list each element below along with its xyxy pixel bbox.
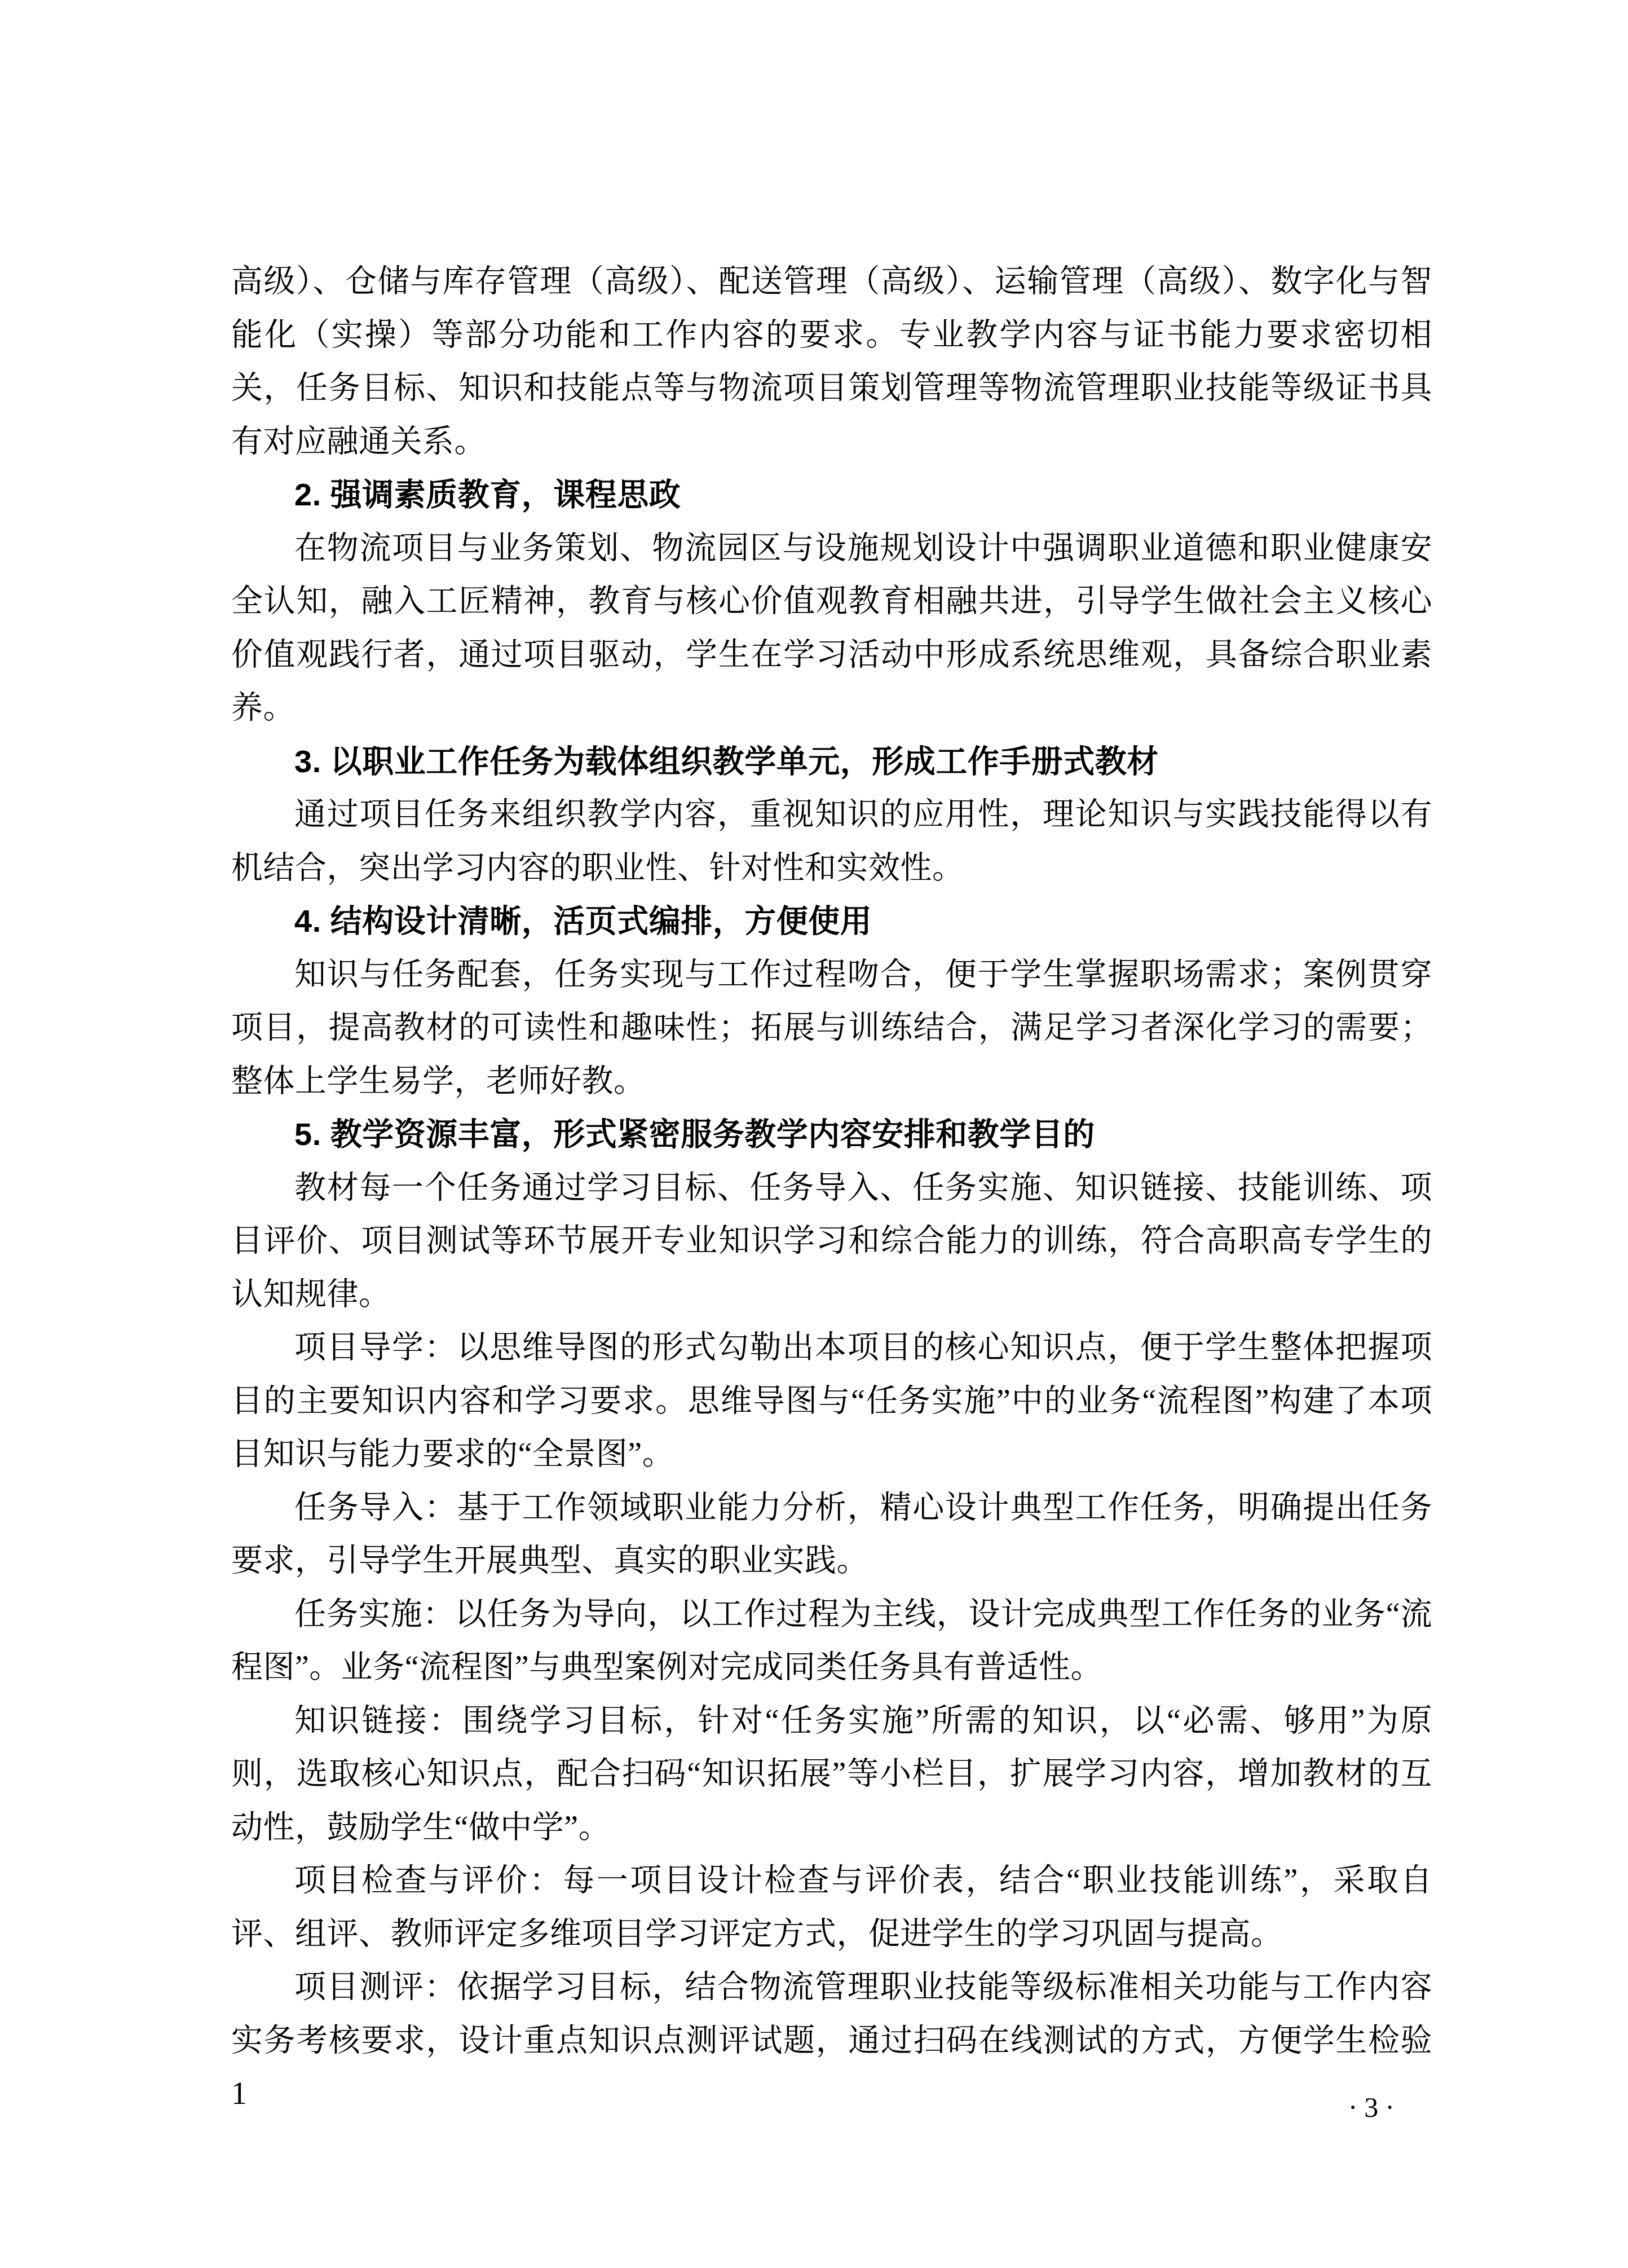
page-number: ·3· (1348, 2090, 1401, 2124)
body-paragraph: 项目导学：以思维导图的形式勾勒出本项目的核心知识点，便于学生整体把握项目的主要知… (231, 1321, 1432, 1481)
body-paragraph: 知识与任务配套，任务实现与工作过程吻合，便于学生掌握职场需求；案例贯穿项目，提高… (231, 948, 1432, 1108)
body-paragraph: 教材每一个任务通过学习目标、任务导入、任务实施、知识链接、技能训练、项目评价、项… (231, 1161, 1432, 1322)
body-paragraph: 在物流项目与业务策划、物流园区与设施规划设计中强调职业道德和职业健康安全认知，融… (231, 522, 1432, 735)
document-body: 高级）、仓储与库存管理（高级）、配送管理（高级）、运输管理（高级）、数字化与智能… (231, 255, 1432, 2121)
body-paragraph: 高级）、仓储与库存管理（高级）、配送管理（高级）、运输管理（高级）、数字化与智能… (231, 255, 1432, 468)
section-heading: 3. 以职业工作任务为载体组织教学单元，形成工作手册式教材 (231, 735, 1432, 789)
section-heading: 4. 结构设计清晰，活页式编排，方便使用 (231, 895, 1432, 948)
document-page: 高级）、仓储与库存管理（高级）、配送管理（高级）、运输管理（高级）、数字化与智能… (0, 0, 1628, 2268)
body-paragraph: 项目测评：依据学习目标，结合物流管理职业技能等级标准相关功能与工作内容实务考核要… (231, 1961, 1432, 2121)
body-paragraph: 项目检查与评价：每一项目设计检查与评价表，结合“职业技能训练”，采取自评、组评、… (231, 1854, 1432, 1961)
body-paragraph: 任务导入：基于工作领域职业能力分析，精心设计典型工作任务，明确提出任务要求，引导… (231, 1481, 1432, 1588)
body-paragraph: 通过项目任务来组织教学内容，重视知识的应用性，理论知识与实践技能得以有机结合，突… (231, 788, 1432, 895)
section-heading: 5. 教学资源丰富，形式紧密服务教学内容安排和教学目的 (231, 1108, 1432, 1161)
section-heading: 2. 强调素质教育，课程思政 (231, 468, 1432, 522)
body-paragraph: 任务实施：以任务为导向，以工作过程为主线，设计完成典型工作任务的业务“流程图”。… (231, 1588, 1432, 1694)
body-paragraph: 知识链接：围绕学习目标，针对“任务实施”所需的知识，以“必需、够用”为原则，选取… (231, 1694, 1432, 1855)
